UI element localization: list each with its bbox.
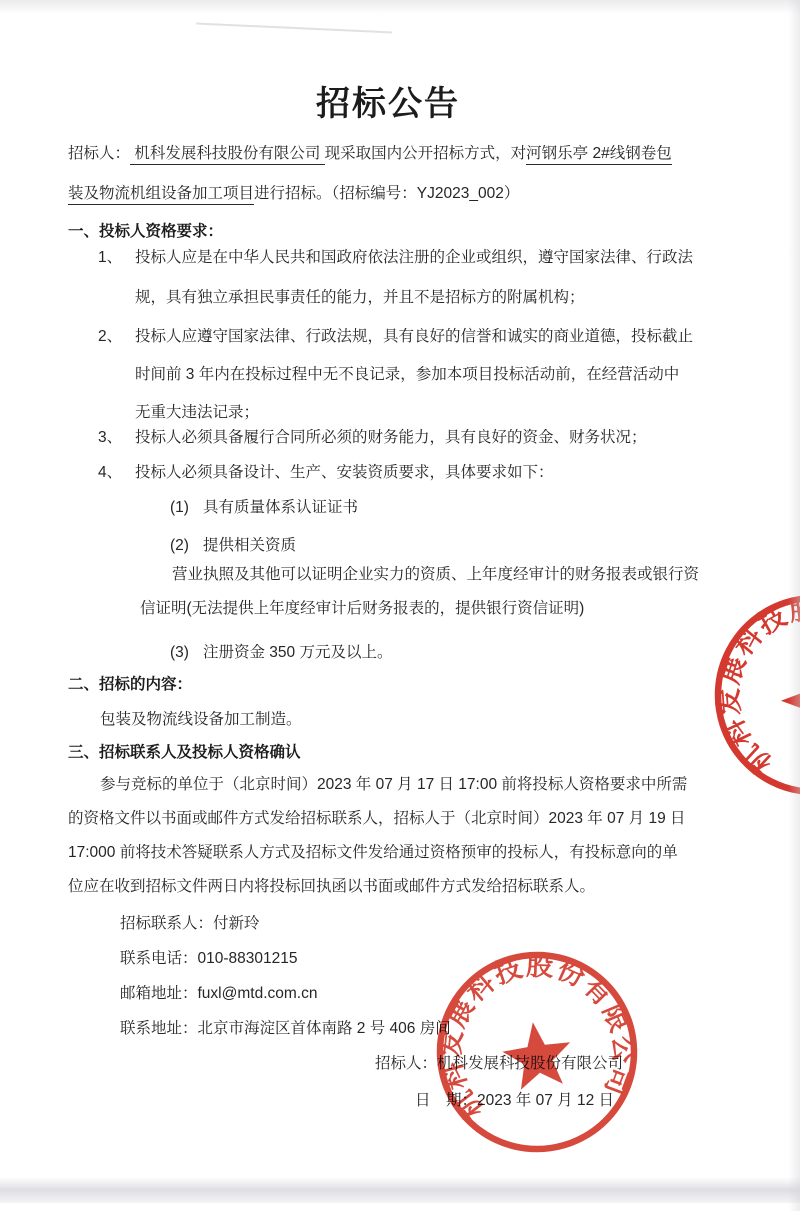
- intro-rest-text: 进行招标。（招标编号：YJ2023_002）: [254, 185, 519, 202]
- bidder-company-underlined: 机科发展科技股份有限公司: [130, 145, 325, 165]
- scan-shadow-right: [788, 0, 800, 1211]
- section2-heading: 二、招标的内容：: [68, 665, 738, 705]
- document-title: 招标公告: [0, 76, 776, 125]
- paragraph-line: 的资格文件以书面或邮件方式发给招标联系人，招标人于（北京时间）2023 年 07…: [68, 802, 744, 836]
- paragraph-line: 参与竞标的单位于（北京时间）2023 年 07 月 17 日 17:00 前将投…: [68, 768, 744, 802]
- note-line-2: 信证明(无法提供上年度经审计后财务报表的，提供银行资信证明): [140, 600, 584, 617]
- list-item-3: 3、 投标人必须具备履行合同所必须的财务能力，具有良好的资金、财务状况；: [98, 418, 746, 458]
- contact-address-line: 联系地址：北京市海淀区首体南路 2 号 406 房间: [120, 1011, 720, 1046]
- sub-item-text: 具有质量体系认证证书: [203, 488, 358, 528]
- sub-item-1: (1) 具有质量体系认证证书: [170, 488, 736, 528]
- intro-middle-text: 现采取国内公开招标方式，对: [325, 145, 527, 162]
- section3-paragraph: 参与竞标的单位于（北京时间）2023 年 07 月 17 日 17:00 前将投…: [68, 768, 744, 904]
- signature-date: 日 期：2023 年 07 月 12 日: [415, 1083, 614, 1118]
- item-number: 3、: [98, 418, 135, 458]
- qualification-note: 营业执照及其他可以证明企业实力的资质、上年度经审计的财务报表或银行资 信证明(无…: [140, 558, 746, 626]
- note-line-1: 营业执照及其他可以证明企业实力的资质、上年度经审计的财务报表或银行资: [140, 558, 746, 592]
- scan-shadow-top: [0, 0, 800, 14]
- list-item-2: 2、 投标人应遵守国家法律、行政法规，具有良好的信誉和诚实的商业道德，投标截止时…: [98, 318, 746, 432]
- intro-line-1: 招标人： 机科发展科技股份有限公司 现采取国内公开招标方式，对河钢乐亭 2#线钢…: [68, 134, 744, 174]
- intro-paragraph: 招标人： 机科发展科技股份有限公司 现采取国内公开招标方式，对河钢乐亭 2#线钢…: [68, 134, 744, 214]
- contact-phone-line: 联系电话：010-88301215: [120, 941, 720, 976]
- contact-person-line: 招标联系人：付新玲: [120, 906, 720, 941]
- sub-item-number: (1): [170, 488, 203, 528]
- item-text-line: 投标人必须具备设计、生产、安装资质要求，具体要求如下：: [135, 453, 746, 493]
- item-number: 4、: [98, 453, 135, 493]
- star-icon: [773, 656, 800, 739]
- item-text-line: 投标人应遵守国家法律、行政法规，具有良好的信誉和诚实的商业道德，投标截止: [135, 318, 746, 356]
- bidder-label: 招标人：: [68, 145, 130, 162]
- item-text-line: 投标人应是在中华人民共和国政府依法注册的企业或组织，遵守国家法律、行政法: [135, 238, 746, 278]
- signature-party: 招标人：机科发展科技股份有限公司: [375, 1046, 623, 1081]
- item-number: 1、: [98, 238, 135, 318]
- item-text-line: 投标人必须具备履行合同所必须的财务能力，具有良好的资金、财务状况；: [135, 418, 746, 458]
- scan-fold-line: [196, 23, 392, 34]
- scan-shadow-bottom: [0, 1177, 800, 1203]
- intro-line-2: 装及物流机组设备加工项目进行招标。（招标编号：YJ2023_002）: [68, 174, 744, 214]
- paragraph-line: 位应在收到招标文件两日内将投标回执函以书面或邮件方式发给招标联系人。: [68, 870, 744, 904]
- scanned-document-page: 招标公告 招标人： 机科发展科技股份有限公司 现采取国内公开招标方式，对河钢乐亭…: [0, 0, 800, 1211]
- project-name-part2-underlined: 装及物流机组设备加工项目: [68, 185, 254, 205]
- contact-email-line: 邮箱地址：fuxl@mtd.com.cn: [120, 976, 720, 1011]
- item-number: 2、: [98, 318, 135, 432]
- section3-heading: 三、招标联系人及投标人资格确认: [68, 733, 738, 773]
- item-text-line: 规，具有独立承担民事责任的能力，并且不是招标方的附属机构；: [135, 278, 746, 318]
- item-text-line: 时间前 3 年内在投标过程中无不良记录，参加本项目投标活动前，在经营活动中: [135, 356, 746, 394]
- list-item-1: 1、 投标人应是在中华人民共和国政府依法注册的企业或组织，遵守国家法律、行政法规…: [98, 238, 746, 318]
- project-name-part1-underlined: 河钢乐亭 2#线钢卷包: [526, 145, 672, 165]
- paragraph-line: 17:000 前将技术答疑联系人方式及招标文件发给通过资格预审的投标人，有投标意…: [68, 836, 744, 870]
- list-item-4: 4、 投标人必须具备设计、生产、安装资质要求，具体要求如下：: [98, 453, 746, 493]
